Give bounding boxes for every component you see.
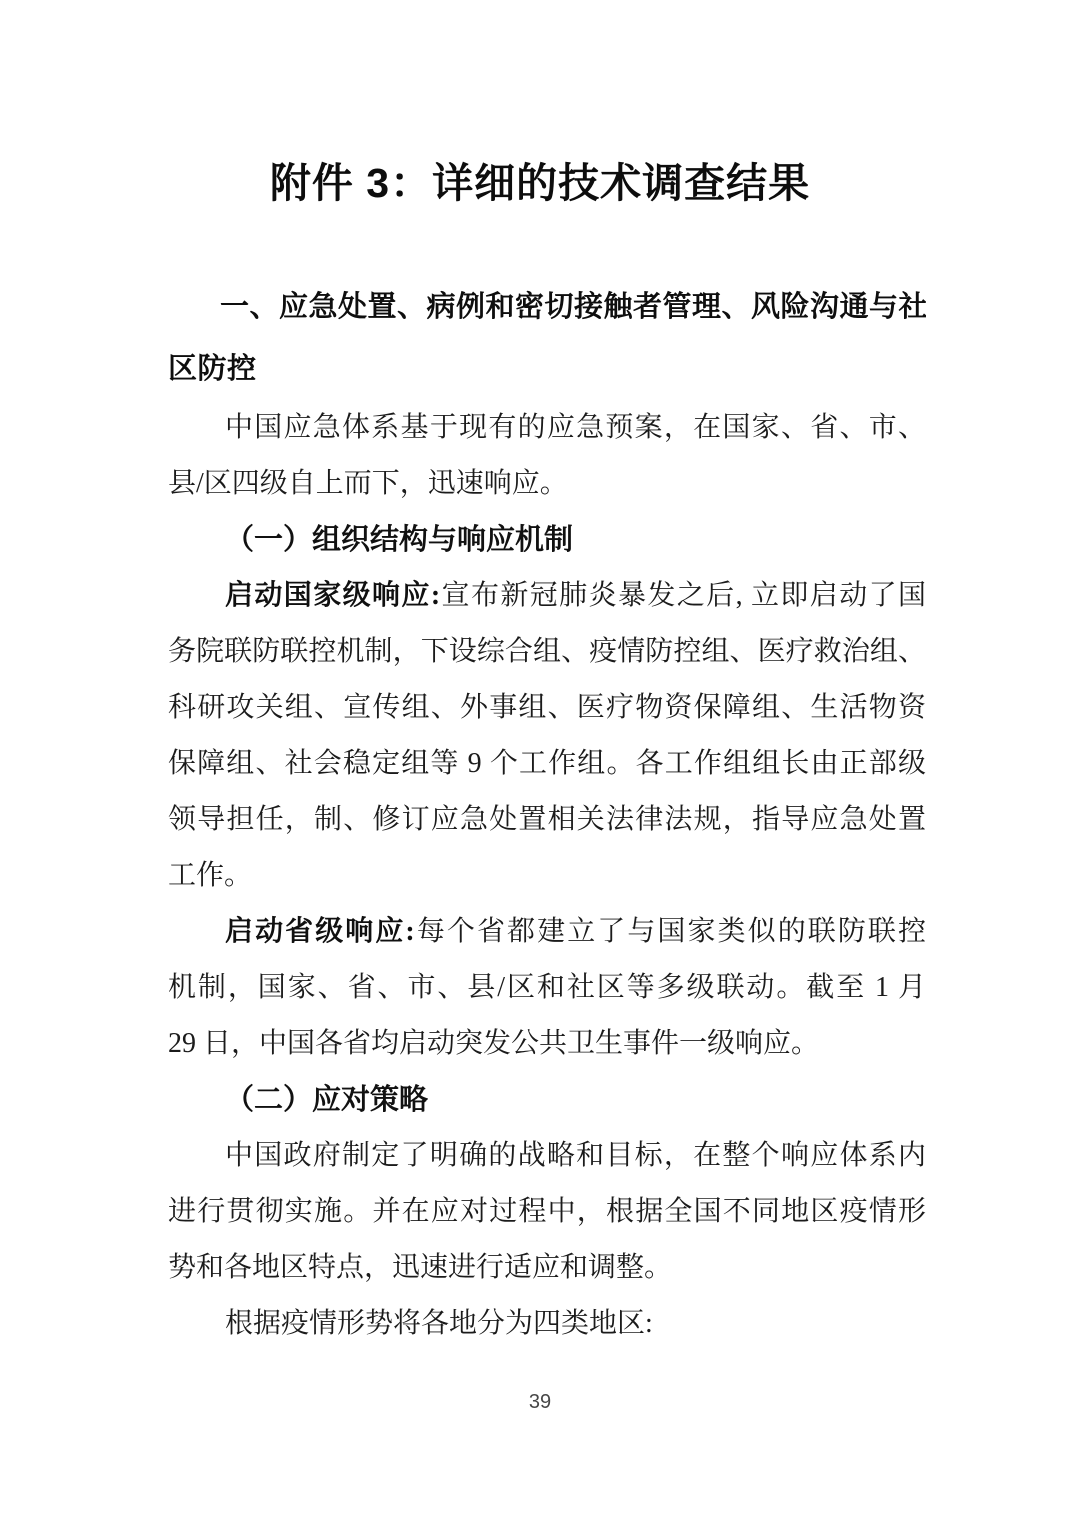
document-page: 附件 3：详细的技术调查结果 一、应急处置、病例和密切接触者管理、风险沟通与社 … (0, 0, 1080, 1527)
lead-rest: 宣布新冠肺炎暴发之后, 立即启动了国 (440, 580, 926, 611)
body-line: 机制，国家、省、市、县/区和社区等多级联动。截至 1 月 (168, 960, 926, 1016)
body-line: 势和各地区特点，迅速进行适应和调整。 (168, 1240, 926, 1296)
subsection-heading: （一）组织结构与响应机制 (168, 512, 926, 568)
document-body: 一、应急处置、病例和密切接触者管理、风险沟通与社 区防控 中国应急体系基于现有的… (168, 276, 926, 1352)
section-heading-line: 区防控 (168, 338, 926, 400)
body-line: 根据疫情形势将各地分为四类地区: (168, 1296, 926, 1352)
body-line: 科研攻关组、宣传组、外事组、医疗物资保障组、生活物资 (168, 680, 926, 736)
body-line: 中国政府制定了明确的战略和目标，在整个响应体系内 (168, 1128, 926, 1184)
body-line: 保障组、社会稳定组等 9 个工作组。各工作组组长由正部级 (168, 736, 926, 792)
bold-lead: 启动国家级响应: (225, 580, 440, 611)
subsection-heading: （二）应对策略 (168, 1072, 926, 1128)
body-line: 县/区四级自上而下，迅速响应。 (168, 456, 926, 512)
body-line: 务院联防联控机制，下设综合组、疫情防控组、医疗救治组、 (168, 624, 926, 680)
body-line: 启动国家级响应:宣布新冠肺炎暴发之后, 立即启动了国 (168, 568, 926, 624)
body-line: 中国应急体系基于现有的应急预案，在国家、省、市、 (168, 400, 926, 456)
body-line: 29 日，中国各省均启动突发公共卫生事件一级响应。 (168, 1016, 926, 1072)
body-line: 进行贯彻实施。并在应对过程中，根据全国不同地区疫情形 (168, 1184, 926, 1240)
appendix-title: 附件 3：详细的技术调查结果 (0, 154, 1080, 212)
bold-lead: 启动省级响应: (225, 916, 415, 947)
body-line: 领导担任，制、修订应急处置相关法律法规，指导应急处置 (168, 792, 926, 848)
section-heading-line: 一、应急处置、病例和密切接触者管理、风险沟通与社 (168, 276, 926, 338)
body-line: 启动省级响应:每个省都建立了与国家类似的联防联控 (168, 904, 926, 960)
page-number: 39 (0, 1390, 1080, 1414)
lead-rest: 每个省都建立了与国家类似的联防联控 (415, 916, 926, 947)
body-line: 工作。 (168, 848, 926, 904)
